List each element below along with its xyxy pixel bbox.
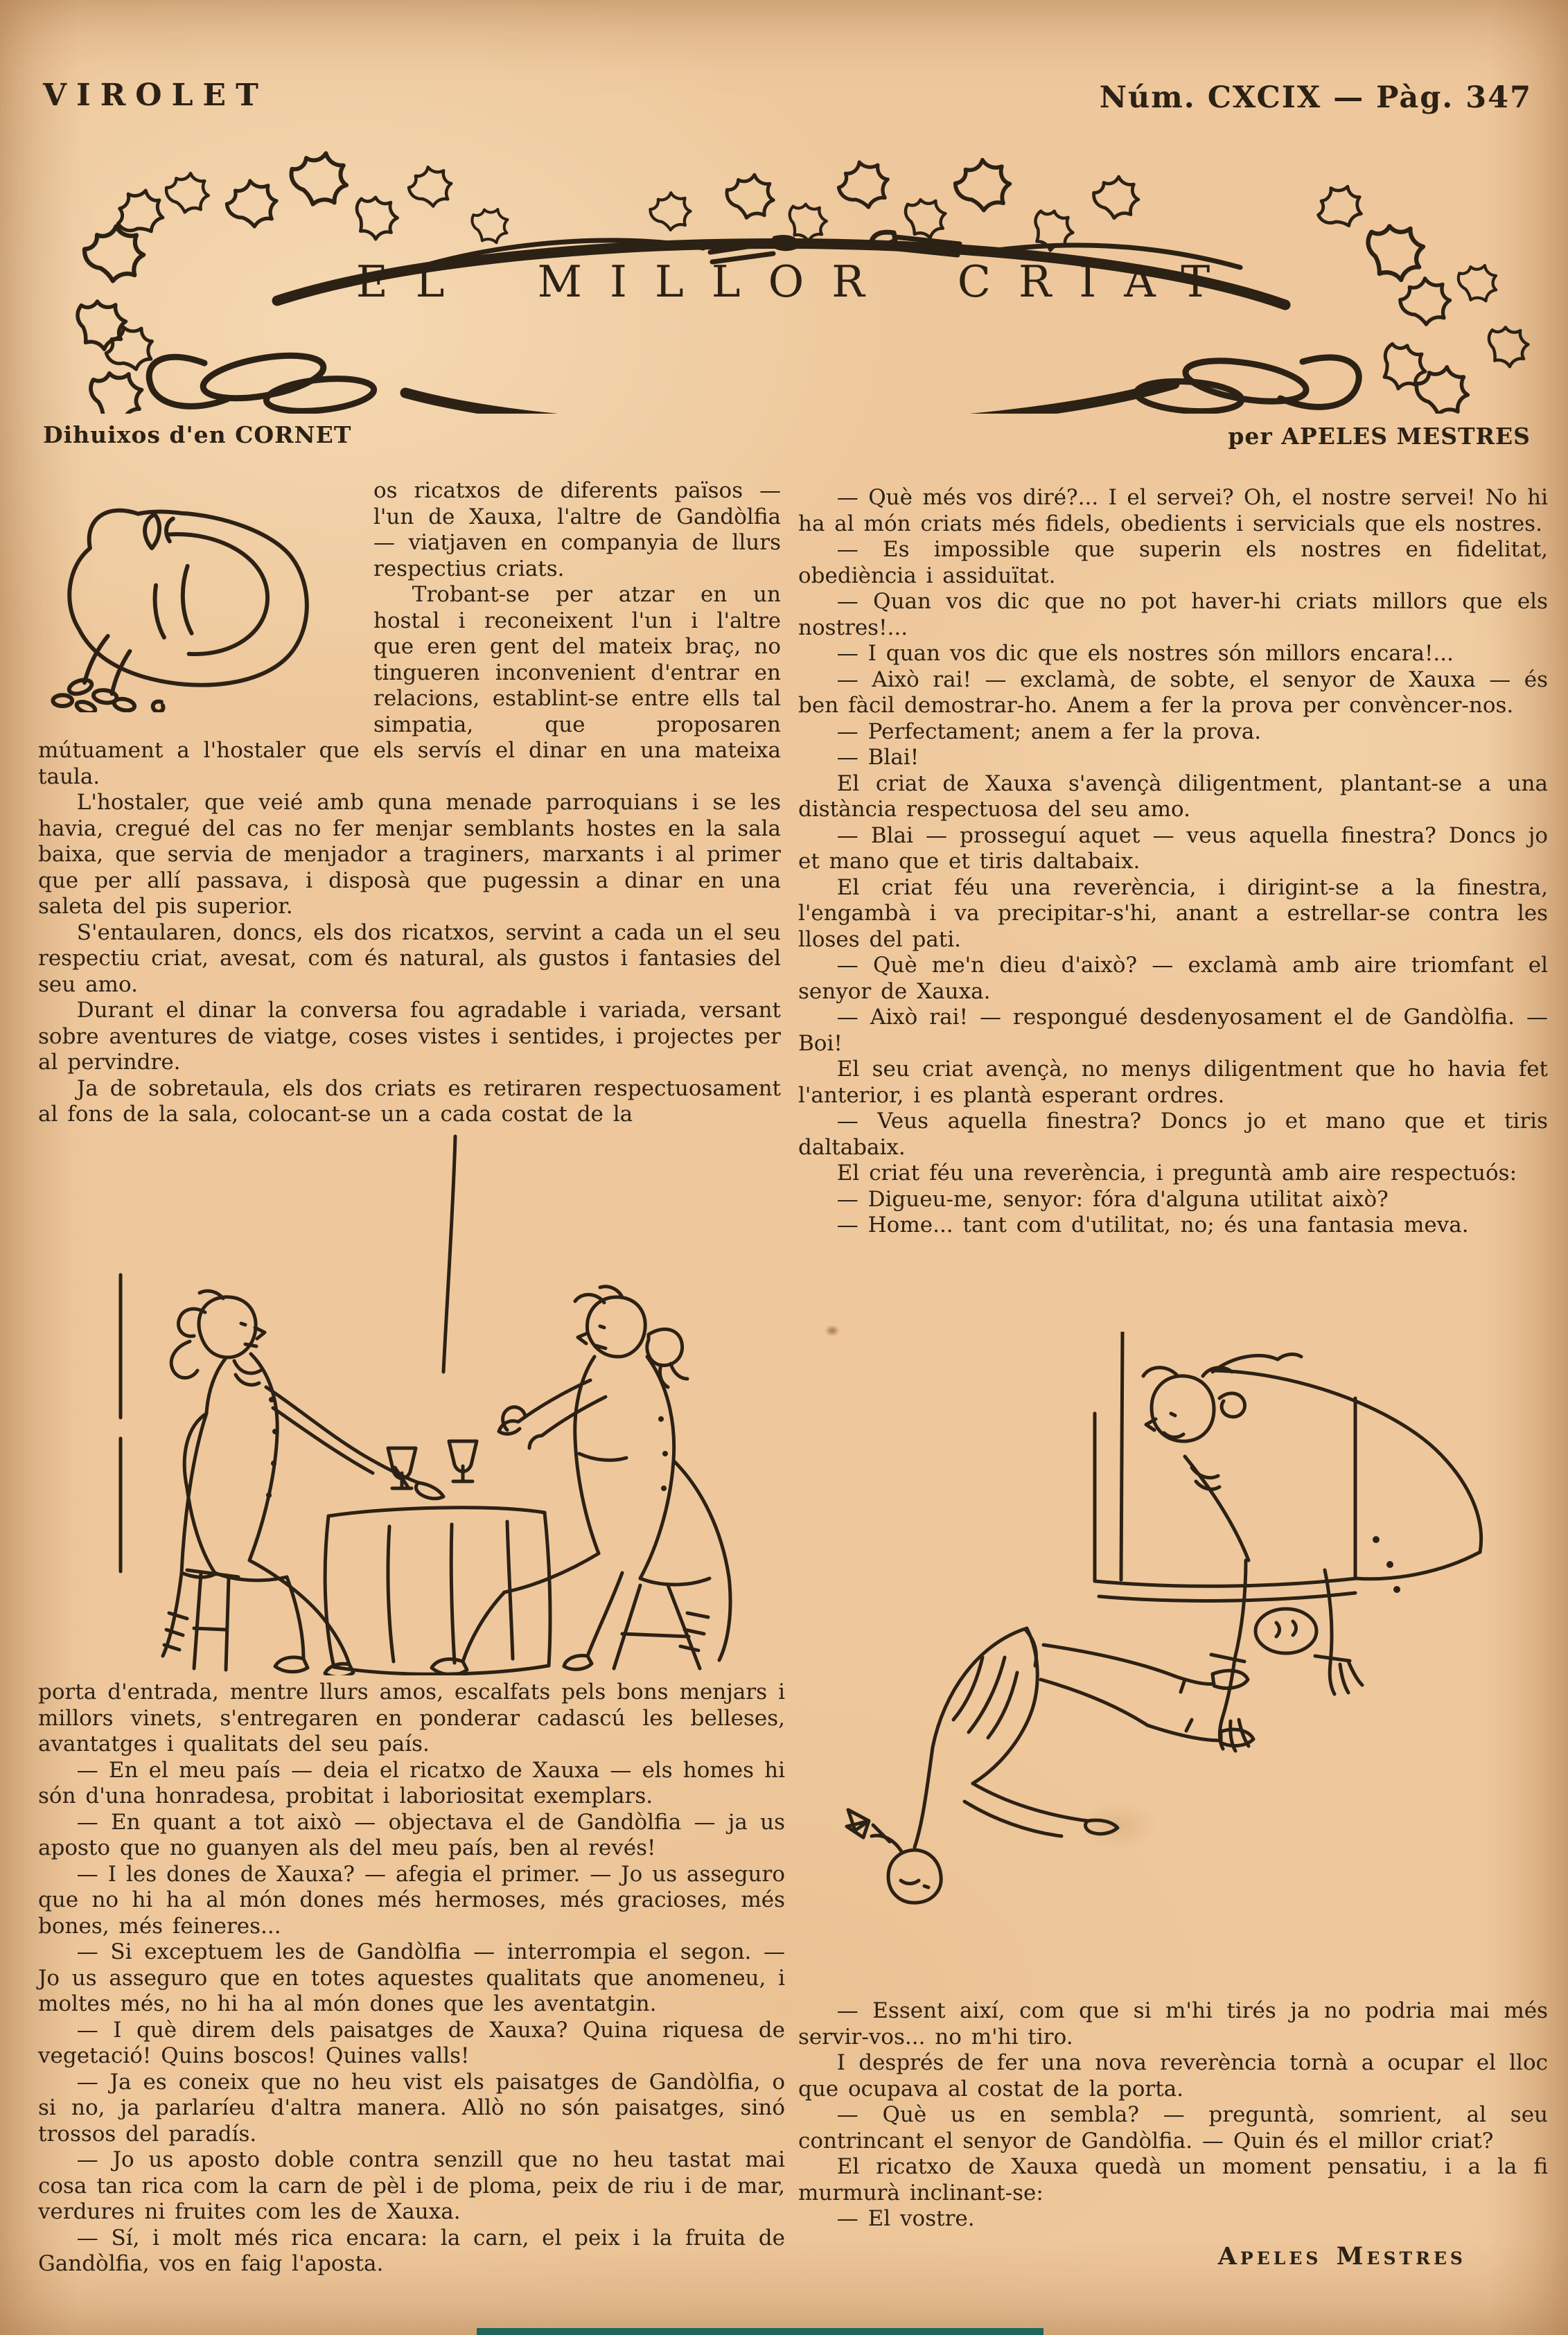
story-paragraph: — Essent així, com que si m'hi tirés ja … xyxy=(798,1998,1548,2050)
right-column-upper: — Què més vos diré?... I el servei? Oh, … xyxy=(798,485,1548,1239)
author-credit: per APELES MESTRES xyxy=(1228,423,1531,450)
story-paragraph: Durant el dinar la conversa fou agradabl… xyxy=(38,998,781,1076)
title-banner: EL MILLOR CRIAT xyxy=(35,119,1531,414)
story-paragraph: — I què direm dels paisatges de Xauxa? Q… xyxy=(38,2018,785,2070)
story-paragraph: — Blai — prosseguí aquet — veus aquella … xyxy=(798,823,1548,875)
dining-table-illustration xyxy=(64,1128,784,1675)
left-column-upper: os ricatxos de diferents països — l'un d… xyxy=(38,478,781,1128)
story-title: EL MILLOR CRIAT xyxy=(35,256,1531,307)
story-paragraph: — Quan vos dic que no pot haver-hi criat… xyxy=(798,589,1548,641)
story-paragraph: — Blai! xyxy=(798,745,1548,771)
story-paragraph: — I quan vos dic que els nostres són mil… xyxy=(798,641,1548,667)
right-column-lower: — Essent així, com que si m'hi tirés ja … xyxy=(798,1998,1548,2269)
story-paragraph: El criat de Xauxa s'avençà diligentment,… xyxy=(798,771,1548,823)
story-paragraph: — Veus aquella finestra? Doncs jo et man… xyxy=(798,1109,1548,1161)
story-paragraph: — En quant a tot això — objectava el de … xyxy=(38,1810,785,1862)
story-paragraph: — Què us en sembla? — preguntà, somrient… xyxy=(798,2102,1548,2154)
story-paragraph: Ja de sobretaula, els dos criats es reti… xyxy=(38,1076,781,1128)
story-paragraph: El ricatxo de Xauxa quedà un moment pens… xyxy=(798,2154,1548,2206)
left-column-lower: porta d'entrada, mentre llurs amos, esca… xyxy=(38,1680,785,2277)
story-paragraph: — Si exceptuem les de Gandòlfia — interr… xyxy=(38,1939,785,2018)
next-page-edge-strip xyxy=(477,2328,1043,2335)
story-paragraph: L'hostaler, que veié amb quna menade par… xyxy=(38,790,781,920)
author-signature: Apeles Mestres xyxy=(798,2244,1548,2270)
window-leap-illustration xyxy=(797,1332,1549,1994)
issue-page-number: Núm. CXCIX — Pàg. 347 xyxy=(1100,80,1532,115)
story-paragraph: — Això rai! — respongué desdenyosament e… xyxy=(798,1005,1548,1057)
story-paragraph: — Es impossible que superin els nostres … xyxy=(798,537,1548,589)
story-paragraph: — Sí, i molt més rica encara: la carn, e… xyxy=(38,2226,785,2277)
story-paragraph: — Jo us aposto doble contra senzill que … xyxy=(38,2147,785,2226)
story-paragraph: — Què me'n dieu d'això? — exclamà amb ai… xyxy=(798,953,1548,1005)
story-paragraph: porta d'entrada, mentre llurs amos, esca… xyxy=(38,1680,785,1758)
banner-ribbon-coils xyxy=(149,348,1359,414)
illustrator-credit: Dihuixos d'en CORNET xyxy=(43,421,351,448)
magazine-title: VIROLET xyxy=(43,78,268,113)
story-paragraph: I després de fer una nova reverència tor… xyxy=(798,2050,1548,2102)
story-paragraph: El criat féu una reverència, i dirigint-… xyxy=(798,875,1548,953)
story-paragraph: — Això rai! — exclamà, de sobte, el seny… xyxy=(798,667,1548,719)
story-paragraph: S'entaularen, doncs, els dos ricatxos, s… xyxy=(38,920,781,998)
story-paragraph: — Perfectament; anem a fer la prova. xyxy=(798,719,1548,746)
story-paragraph: El seu criat avençà, no menys diligentme… xyxy=(798,1057,1548,1109)
story-paragraph: — Ja es coneix que no heu vist els paisa… xyxy=(38,2070,785,2148)
magazine-page: { "page": { "paper_color": "#eec89c", "i… xyxy=(0,0,1568,2335)
story-paragraph: — I les dones de Xauxa? — afegia el prim… xyxy=(38,1862,785,1940)
story-paragraph: El criat féu una reverència, i preguntà … xyxy=(798,1161,1548,1187)
story-paragraph: — El vostre. xyxy=(798,2206,1548,2232)
story-paragraph: — En el meu país — deia el ricatxo de Xa… xyxy=(38,1758,785,1810)
story-paragraph: — Home... tant com d'utilitat, no; és un… xyxy=(798,1213,1548,1239)
story-paragraph: — Digueu-me, senyor: fóra d'alguna utili… xyxy=(798,1187,1548,1213)
dropcap-moneybag-illustration xyxy=(38,482,355,712)
story-paragraph: — Què més vos diré?... I el servei? Oh, … xyxy=(798,485,1548,537)
